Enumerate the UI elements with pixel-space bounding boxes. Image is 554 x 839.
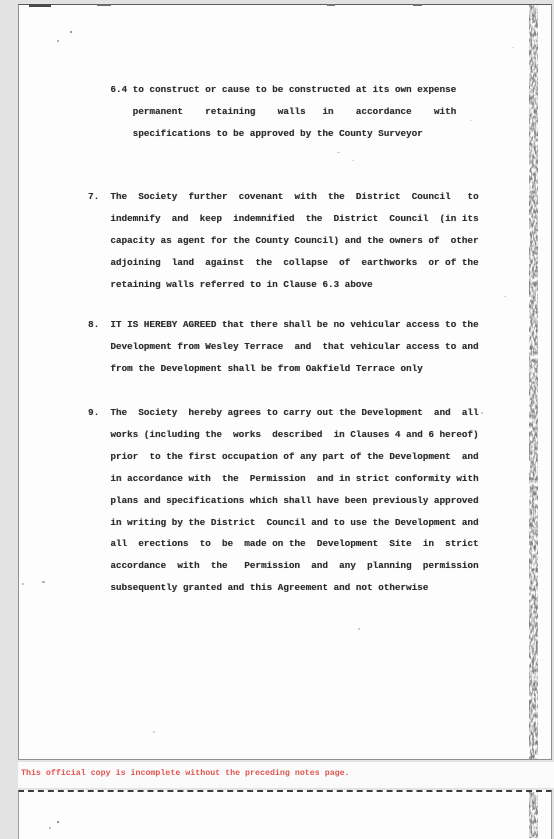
scan-speck [470, 120, 472, 121]
official-copy-warning-text: This official copy is incomplete without… [21, 769, 350, 778]
scan-speck [22, 583, 24, 585]
scanned-page-1: 6.4 to construct or cause to be construc… [18, 4, 552, 760]
scan-speck [57, 40, 59, 42]
scan-smudge [97, 4, 111, 6]
clause-7: 7. The Society further covenant with the… [88, 186, 479, 296]
scan-speck [512, 47, 514, 48]
clause-9: 9. The Society hereby agrees to carry ou… [88, 402, 479, 599]
scan-smudge [327, 4, 335, 6]
clause-8: 8. IT IS HEREBY AGREED that there shall … [88, 314, 479, 380]
scan-speck [504, 296, 506, 297]
scan-speck [57, 821, 59, 823]
scan-speck [42, 581, 45, 583]
binding-edge-texture [529, 5, 538, 759]
scan-speck [358, 628, 360, 630]
scan-smudge [29, 4, 51, 7]
scan-speck [70, 31, 72, 33]
scan-speck [153, 731, 155, 733]
scan-speck [352, 160, 354, 161]
scan-speck [337, 152, 340, 153]
scan-speck [49, 827, 51, 829]
scan-speck [481, 412, 483, 414]
binding-edge-texture [529, 792, 538, 838]
scan-smudge [413, 4, 422, 6]
scanned-page-2-partial [18, 790, 552, 839]
footer-band: This official copy is incomplete without… [18, 762, 554, 788]
clause-6-4: 6.4 to construct or cause to be construc… [88, 79, 456, 145]
